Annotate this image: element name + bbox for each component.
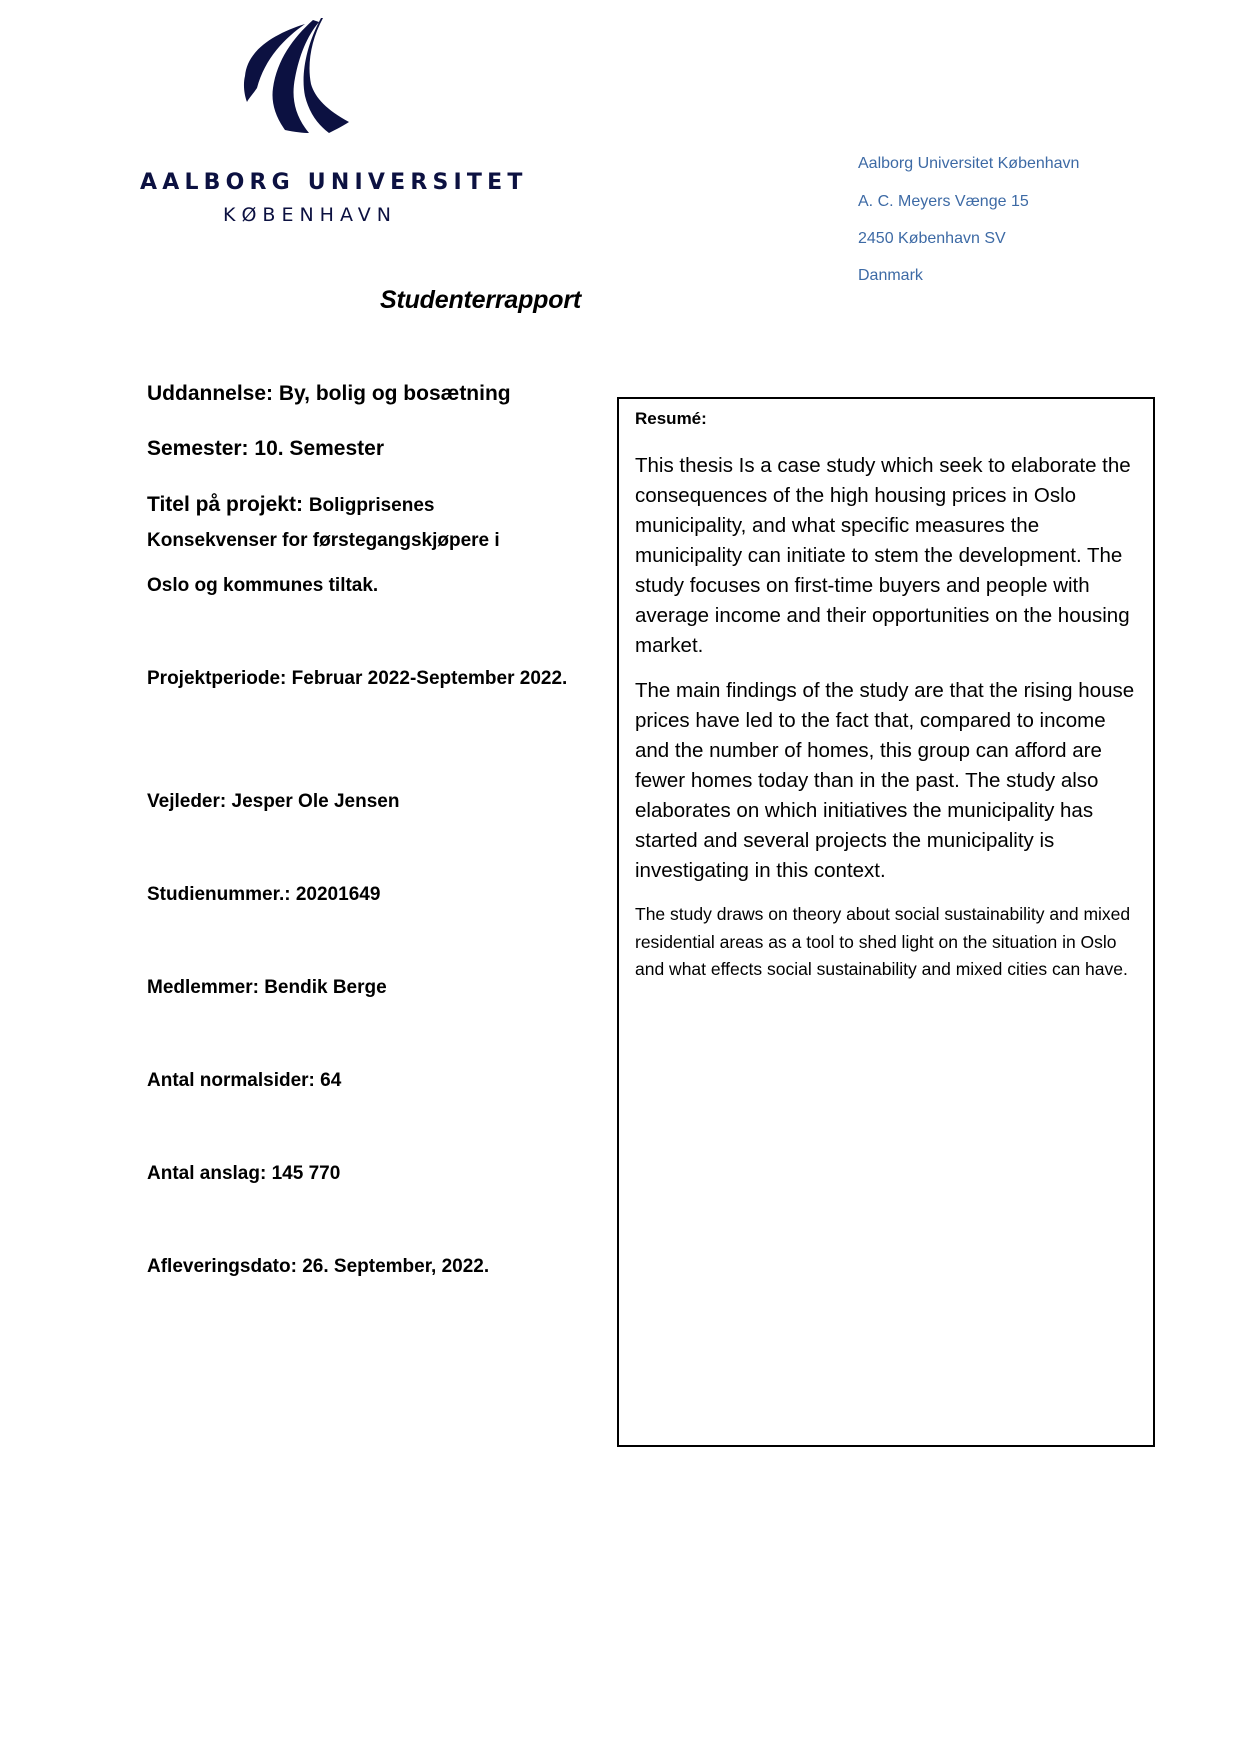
field-value: 20201649 (296, 884, 381, 905)
field-label: Antal normalsider: (147, 1070, 315, 1091)
resume-box: Resumé: This thesis Is a case study whic… (617, 397, 1155, 1447)
aau-wave-logo-icon (243, 16, 355, 134)
field-vejleder: Vejleder: Jesper Ole Jensen (147, 791, 399, 813)
address-line-country: Danmark (858, 267, 923, 285)
field-value: 145 770 (272, 1163, 341, 1184)
field-label: Semester: (147, 437, 249, 460)
field-semester: Semester: 10. Semester (147, 437, 384, 461)
address-line-street: A. C. Meyers Vænge 15 (858, 193, 1029, 211)
resume-heading: Resumé: (635, 409, 707, 429)
field-value: Bendik Berge (264, 977, 386, 998)
resume-paragraph: The main findings of the study are that … (635, 676, 1145, 886)
resume-paragraph: The study draws on theory about social s… (635, 901, 1145, 984)
field-value: 26. September, 2022. (302, 1256, 489, 1277)
field-label: Titel på projekt: (147, 493, 303, 516)
field-label: Antal anslag: (147, 1163, 266, 1184)
field-value: 64 (320, 1070, 341, 1091)
field-label: Vejleder: (147, 791, 226, 812)
field-afleveringsdato: Afleveringsdato: 26. September, 2022. (147, 1256, 489, 1278)
field-value: Februar 2022-September 2022. (292, 668, 568, 689)
field-value: Jesper Ole Jensen (232, 791, 400, 812)
field-value: By, bolig og bosætning (279, 382, 511, 405)
field-titel-line2: Konsekvenser for førstegangskjøpere i (147, 530, 500, 552)
field-titel-line3: Oslo og kommunes tiltak. (147, 575, 378, 597)
field-antal-anslag: Antal anslag: 145 770 (147, 1163, 340, 1185)
field-label: Medlemmer: (147, 977, 259, 998)
document-title: Studenterrapport (380, 286, 581, 315)
field-label: Projektperiode: (147, 668, 286, 689)
field-medlemmer: Medlemmer: Bendik Berge (147, 977, 387, 999)
field-uddannelse: Uddannelse: By, bolig og bosætning (147, 382, 511, 406)
field-label: Afleveringsdato: (147, 1256, 297, 1277)
field-label: Uddannelse: (147, 382, 273, 405)
field-value: Boligprisenes (309, 495, 435, 516)
address-line-postal: 2450 København SV (858, 230, 1006, 248)
field-value: 10. Semester (254, 437, 384, 460)
resume-paragraph: This thesis Is a case study which seek t… (635, 451, 1145, 661)
university-city: KØBENHAVN (140, 204, 480, 226)
field-studienummer: Studienummer.: 20201649 (147, 884, 380, 906)
university-name: AALBORG UNIVERSITET (140, 170, 480, 195)
address-line-institution: Aalborg Universitet København (858, 155, 1079, 173)
field-projektperiode: Projektperiode: Februar 2022-September 2… (147, 668, 567, 690)
field-titel: Titel på projekt: Boligprisenes (147, 493, 434, 517)
field-label: Studienummer.: (147, 884, 291, 905)
field-antal-normalsider: Antal normalsider: 64 (147, 1070, 341, 1092)
